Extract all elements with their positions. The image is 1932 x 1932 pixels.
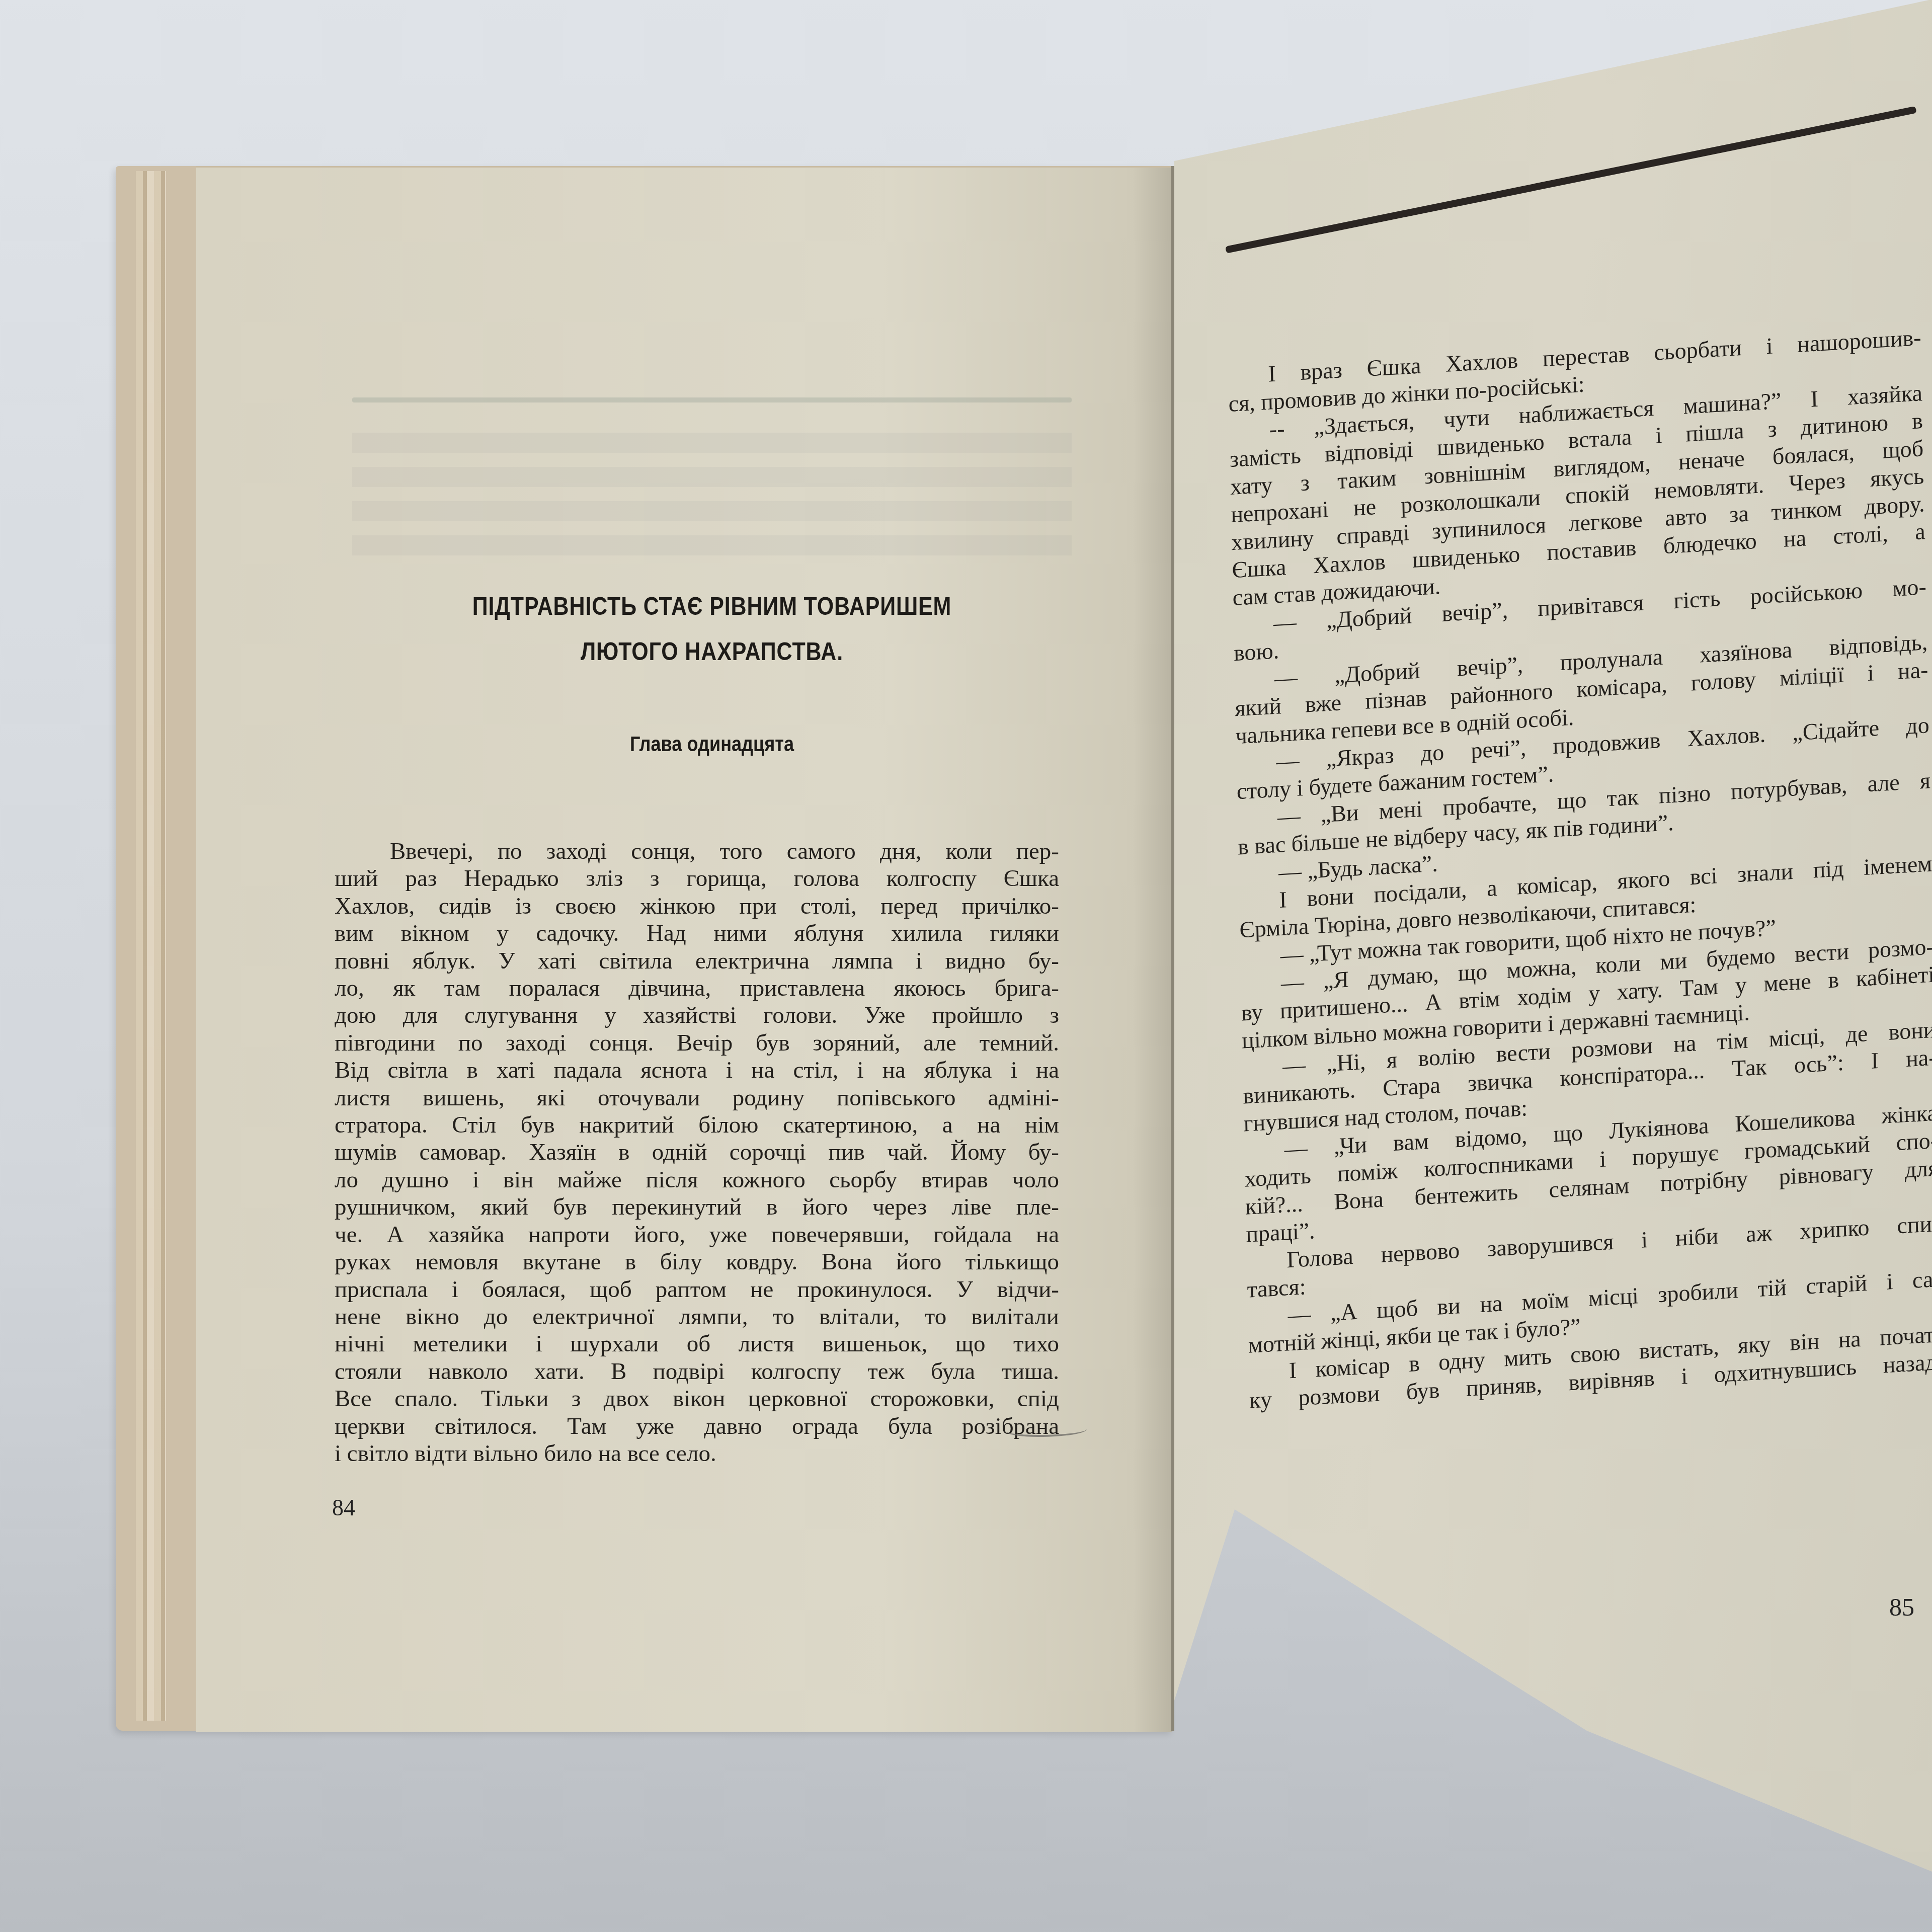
chapter-subtitle: Глава одинадцята xyxy=(403,732,1021,756)
right-page-body: І враз Єшка Хахлов перестав сьорбати і н… xyxy=(1228,324,1932,1414)
text-line: че. А хазяйка напроти його, уже повечеря… xyxy=(335,1221,1059,1248)
text-line: стратора. Стіл був накритий білою скатер… xyxy=(335,1111,1059,1139)
text-line: рушничком, який був перекинутий в його ч… xyxy=(335,1193,1059,1221)
bleed-through-rule xyxy=(352,397,1072,403)
text-line: шумів самовар. Хазяїн в одній сорочці пи… xyxy=(335,1139,1059,1166)
text-line: стояли навколо хати. В подвірі колгоспу … xyxy=(335,1358,1059,1385)
chapter-title-line: ПІДТРАВНІСТЬ СТАЄ РІВНИМ ТОВАРИШЕМ xyxy=(403,584,1021,629)
chapter-title: ПІДТРАВНІСТЬ СТАЄ РІВНИМ ТОВАРИШЕМ ЛЮТОГ… xyxy=(403,584,1021,674)
book-gutter xyxy=(1171,166,1174,1731)
chapter-title-line: ЛЮТОГО НАХРАПСТВА. xyxy=(403,629,1021,674)
text-line: дою для слугування у хазяйстві голови. У… xyxy=(335,1002,1059,1029)
page-number-right: 85 xyxy=(1889,1592,1914,1622)
text-line: Ввечері, по заході сонця, того самого дн… xyxy=(335,838,1059,865)
text-line: листя вишень, які оточували родину попів… xyxy=(335,1084,1059,1111)
text-line: руках немовля вкутане в білу ковдру. Вон… xyxy=(335,1248,1059,1275)
text-line: нене вікно до електричної лямпи, то вліт… xyxy=(335,1303,1059,1330)
text-line: Хахлов, сидів із своєю жінкою при столі,… xyxy=(335,893,1059,920)
text-line: Все спало. Тільки з двох вікон церковної… xyxy=(335,1385,1059,1412)
left-page-body: Ввечері, по заході сонця, того самого дн… xyxy=(335,838,1059,1467)
text-line: Від світла в хаті падала яснота і на сті… xyxy=(335,1057,1059,1084)
text-line: нічні метелики і шурхали об листя вишень… xyxy=(335,1330,1059,1357)
bleed-through-text xyxy=(352,433,1072,570)
text-line: ло душно і він майже після кожного сьорб… xyxy=(335,1166,1059,1193)
text-line: церкви світилося. Там уже давно ограда б… xyxy=(335,1413,1059,1440)
text-line: приспала і боялася, щоб раптом не прокин… xyxy=(335,1276,1059,1303)
right-page-content: І враз Єшка Хахлов перестав сьорбати і н… xyxy=(1228,324,1932,1414)
text-line: вим вікном у садочку. Над ними яблуня хи… xyxy=(335,920,1059,947)
text-line: і світло відти вільно било на все село. xyxy=(335,1440,1059,1467)
text-line: ший раз Нерадько зліз з горища, голова к… xyxy=(335,865,1059,892)
text-line: півгодини по заході сонця. Вечір був зор… xyxy=(335,1029,1059,1057)
page-number-left: 84 xyxy=(332,1494,355,1521)
text-line: повні яблук. У хаті світила електрична л… xyxy=(335,947,1059,975)
text-line: ло, як там поралася дівчина, приставлена… xyxy=(335,975,1059,1002)
